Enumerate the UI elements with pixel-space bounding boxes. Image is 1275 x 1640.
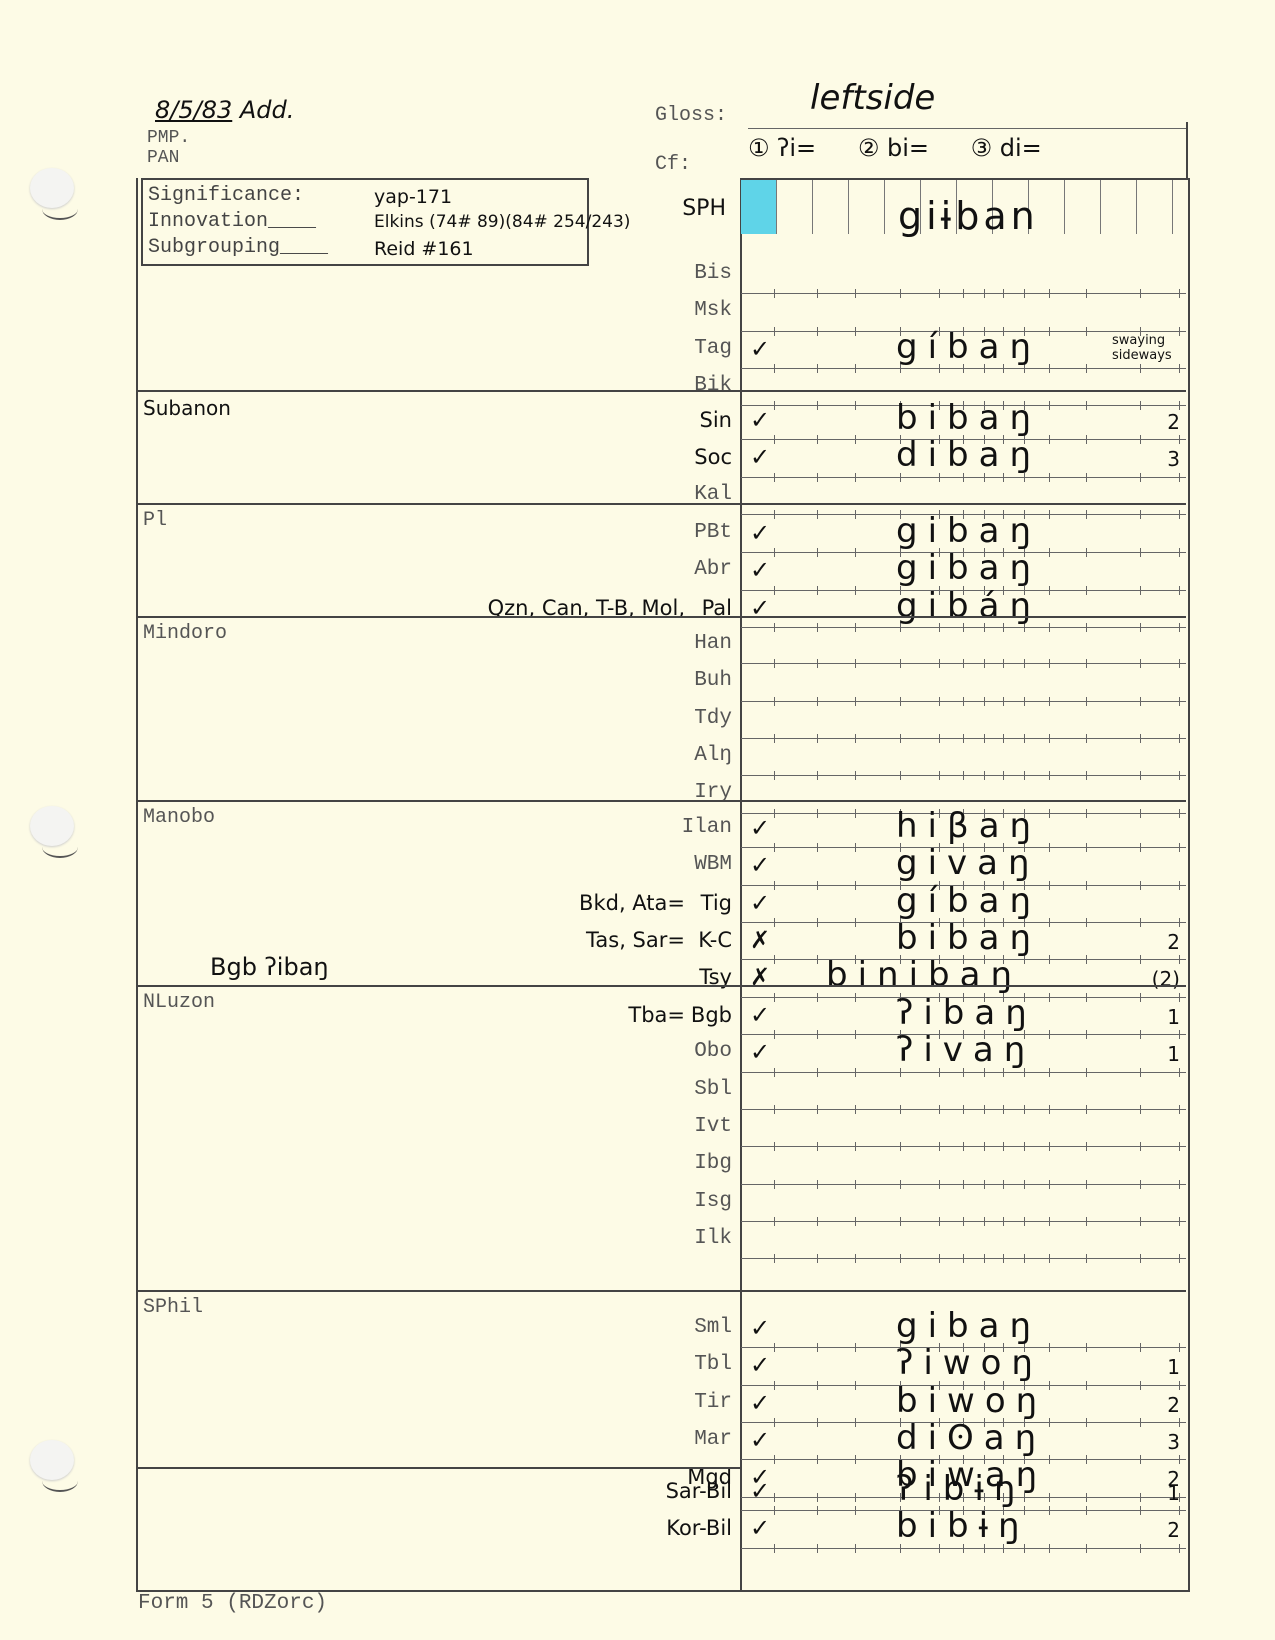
language-prefix: Tas, Sar= (586, 928, 685, 952)
grid-tick (817, 771, 818, 780)
grid-tick (774, 918, 775, 927)
grid-tick (1049, 809, 1050, 818)
group-divider (136, 800, 1186, 802)
language-code: Isg (612, 1190, 732, 1213)
gloss-value: leftside (810, 78, 935, 118)
group-divider (136, 503, 1186, 505)
grid-tick (1024, 289, 1025, 298)
grid-tick (1179, 734, 1180, 743)
sph-cell (1101, 180, 1137, 234)
grid-tick (1086, 771, 1087, 780)
grid-tick (855, 1544, 856, 1553)
grid-tick (1049, 881, 1050, 890)
grid-tick (1140, 1142, 1141, 1151)
grid-tick (1179, 993, 1180, 1002)
grid-tick (1086, 809, 1087, 818)
grid-tick (774, 510, 775, 519)
group-label: NLuzon (143, 991, 215, 1014)
grid-tick (1179, 1544, 1180, 1553)
grid-tick (1086, 435, 1087, 444)
grid-tick (1086, 401, 1087, 410)
grid-tick (774, 1544, 775, 1553)
language-code: Bik (612, 374, 732, 397)
grid-tick (855, 1343, 856, 1352)
grid-tick (1140, 289, 1141, 298)
grid-tick (900, 1217, 901, 1226)
grid-tick (1179, 1381, 1180, 1390)
grid-tick (1024, 659, 1025, 668)
grid-tick (984, 734, 985, 743)
sph-cell (813, 180, 849, 234)
grid-tick (1086, 364, 1087, 373)
reflex-form: gíbaŋ (896, 327, 1041, 367)
grid-tick (817, 1105, 818, 1114)
group-label: Manobo (143, 806, 215, 829)
grid-tick (1049, 1455, 1050, 1464)
grid-tick (855, 1493, 856, 1502)
grid-tick (984, 697, 985, 706)
grid-tick (774, 586, 775, 595)
cf-reference-number: 1 (1140, 1042, 1180, 1066)
grid-tick (1003, 1254, 1004, 1263)
grid-tick (855, 697, 856, 706)
language-code: Sin (612, 408, 732, 432)
form-footer: Form 5 (RDZorc) (138, 1592, 327, 1615)
grid-tick (774, 659, 775, 668)
grid-tick (1086, 1105, 1087, 1114)
grid-tick (1049, 289, 1050, 298)
grid-tick (817, 1343, 818, 1352)
grid-tick (1086, 881, 1087, 890)
reflex-form: dibaŋ (896, 435, 1041, 475)
check-mark-icon: ✓ (750, 1389, 770, 1417)
language-code: Soc (612, 445, 732, 469)
grid-tick (774, 1142, 775, 1151)
grid-tick (1086, 918, 1087, 927)
grid-tick (817, 586, 818, 595)
reflex-form: ʔiwoŋ (896, 1343, 1043, 1383)
grid-tick (1140, 1381, 1141, 1390)
language-code: Sbl (612, 1078, 732, 1101)
grid-tick (1140, 1343, 1141, 1352)
cf-note-3: ③ di= (971, 134, 1042, 162)
grid-tick (855, 473, 856, 482)
grid-tick (855, 659, 856, 668)
grid-tick (1179, 843, 1180, 852)
grid-tick (1179, 881, 1180, 890)
grid-tick (774, 881, 775, 890)
check-mark-icon: ✓ (750, 1314, 770, 1342)
reflex-form: ʔivaŋ (896, 1030, 1035, 1070)
check-mark-icon: ✓ (750, 814, 770, 842)
grid-tick (1179, 435, 1180, 444)
grid-tick (1179, 289, 1180, 298)
grid-tick (1140, 809, 1141, 818)
grid-tick (817, 1418, 818, 1427)
check-mark-icon: ✓ (750, 556, 770, 584)
row-line (741, 775, 1186, 776)
grid-tick (817, 734, 818, 743)
innovation-label: Innovation____ (148, 210, 316, 233)
grid-tick (855, 1254, 856, 1263)
grid-tick (855, 1217, 856, 1226)
grid-tick (855, 1455, 856, 1464)
grid-tick (1140, 1254, 1141, 1263)
grid-tick (774, 697, 775, 706)
grid-tick (1086, 734, 1087, 743)
grid-tick (855, 771, 856, 780)
grid-tick (1086, 327, 1087, 336)
grid-tick (963, 659, 964, 668)
grid-tick (855, 623, 856, 632)
grid-tick (984, 1105, 985, 1114)
row-line (741, 738, 1186, 739)
grid-tick (1049, 401, 1050, 410)
grid-tick (774, 734, 775, 743)
grid-tick (1140, 697, 1141, 706)
grid-tick (774, 1068, 775, 1077)
grid-tick (1049, 1030, 1050, 1039)
row-line (741, 1109, 1186, 1110)
check-mark-icon: ✓ (750, 1426, 770, 1454)
grid-tick (817, 623, 818, 632)
grid-tick (1003, 771, 1004, 780)
grid-tick (1024, 1142, 1025, 1151)
significance-value: yap-171 (374, 186, 452, 208)
check-mark-icon: ✓ (750, 406, 770, 434)
grid-tick (1086, 843, 1087, 852)
language-code: PBt (612, 521, 732, 544)
grid-tick (817, 1254, 818, 1263)
grid-tick (1003, 1180, 1004, 1189)
group-label: SPhil (143, 1296, 203, 1319)
grid-tick (1049, 1544, 1050, 1553)
grid-tick (1140, 435, 1141, 444)
grid-tick (774, 771, 775, 780)
grid-tick (774, 327, 775, 336)
grid-tick (774, 401, 775, 410)
language-code: Ilan (612, 816, 732, 839)
row-line (741, 1146, 1186, 1147)
grid-tick (900, 1254, 901, 1263)
pmp-label: PMP. (147, 128, 190, 148)
grid-tick (1140, 993, 1141, 1002)
grid-tick (963, 1217, 964, 1226)
grid-tick (1179, 623, 1180, 632)
grid-tick (1086, 1343, 1087, 1352)
grid-tick (817, 1493, 818, 1502)
grid-tick (1049, 697, 1050, 706)
grid-tick (1049, 473, 1050, 482)
grid-tick (1179, 1217, 1180, 1226)
language-prefix: Bkd, Ata= (579, 891, 685, 915)
grid-tick (1179, 1254, 1180, 1263)
grid-tick (774, 1381, 775, 1390)
row-line (741, 627, 1186, 628)
grid-tick (1086, 697, 1087, 706)
grid-tick (1086, 510, 1087, 519)
grid-tick (984, 289, 985, 298)
check-mark-icon: ✓ (750, 443, 770, 471)
grid-tick (1024, 771, 1025, 780)
grid-tick (1179, 918, 1180, 927)
grid-tick (855, 1030, 856, 1039)
grid-tick (1049, 327, 1050, 336)
grid-tick (817, 1142, 818, 1151)
sph-form: giɨban (898, 194, 1039, 238)
language-code: Tir (612, 1391, 732, 1414)
date-stamp: 8/5/83 Add. (155, 96, 294, 124)
cross-mark-icon: ✗ (750, 926, 770, 954)
grid-tick (1049, 734, 1050, 743)
grid-tick (1003, 659, 1004, 668)
grid-tick (1179, 548, 1180, 557)
grid-tick (855, 734, 856, 743)
grid-tick (1049, 955, 1050, 964)
grid-tick (1049, 1217, 1050, 1226)
grid-tick (774, 1343, 775, 1352)
language-code: Buh (612, 669, 732, 692)
check-mark-icon: ✓ (750, 851, 770, 879)
reflex-form: ʔibaŋ (896, 993, 1037, 1033)
grid-tick (1003, 1217, 1004, 1226)
grid-tick (1086, 1142, 1087, 1151)
grid-tick (855, 918, 856, 927)
grid-tick (900, 659, 901, 668)
grid-tick (1179, 1105, 1180, 1114)
reflex-form: diʘaŋ (896, 1418, 1046, 1458)
reflex-form: bibaŋ (896, 398, 1041, 438)
grid-tick (855, 586, 856, 595)
grid-tick (774, 473, 775, 482)
grid-tick (1179, 1142, 1180, 1151)
grid-tick (855, 548, 856, 557)
grid-tick (1049, 548, 1050, 557)
grid-tick (855, 327, 856, 336)
grid-tick (1140, 843, 1141, 852)
grid-tick (1024, 1105, 1025, 1114)
cf-label: Cf: (655, 153, 691, 176)
sph-cell (849, 180, 885, 234)
grid-tick (1140, 734, 1141, 743)
grid-tick (1140, 1506, 1141, 1515)
grid-tick (984, 771, 985, 780)
sph-label: SPH (606, 196, 726, 221)
language-code: Ibg (612, 1152, 732, 1175)
grid-tick (900, 1142, 901, 1151)
row-line (741, 1548, 1186, 1549)
grid-tick (1140, 548, 1141, 557)
grid-tick (963, 1142, 964, 1151)
grid-tick (1179, 473, 1180, 482)
grid-tick (774, 1418, 775, 1427)
grid-tick (1049, 1343, 1050, 1352)
grid-tick (774, 1030, 775, 1039)
cf-reference-number: 1 (1140, 1005, 1180, 1029)
group-divider (136, 1290, 1186, 1292)
grid-tick (984, 659, 985, 668)
grid-tick (963, 734, 964, 743)
grid-tick (1049, 623, 1050, 632)
grid-tick (1049, 1381, 1050, 1390)
grid-tick (1179, 659, 1180, 668)
grid-tick (1140, 1217, 1141, 1226)
reflex-form: biwoŋ (896, 1381, 1047, 1421)
grid-tick (1140, 1180, 1141, 1189)
language-code: Bis (612, 262, 732, 285)
grid-tick (963, 1180, 964, 1189)
grid-tick (1086, 659, 1087, 668)
check-mark-icon: ✓ (750, 335, 770, 363)
grid-tick (855, 1506, 856, 1515)
grid-tick (1049, 771, 1050, 780)
grid-tick (817, 955, 818, 964)
grid-tick (1003, 734, 1004, 743)
grid-tick (1140, 1544, 1141, 1553)
grid-tick (817, 510, 818, 519)
language-code: WBM (612, 853, 732, 876)
reflex-form: binibaŋ (826, 955, 1022, 995)
grid-tick (1049, 1142, 1050, 1151)
grid-tick (817, 697, 818, 706)
grid-tick (817, 1068, 818, 1077)
grid-tick (774, 623, 775, 632)
punch-hole-shadow (42, 836, 78, 858)
check-mark-icon: ✓ (750, 1001, 770, 1029)
grid-tick (1140, 1455, 1141, 1464)
grid-tick (817, 473, 818, 482)
grid-tick (817, 1180, 818, 1189)
row-line (741, 701, 1186, 702)
grid-tick (1140, 364, 1141, 373)
grid-tick (984, 1180, 985, 1189)
subgrouping-value: Reid #161 (374, 238, 474, 260)
language-code: Alŋ (612, 744, 732, 767)
grid-tick (817, 881, 818, 890)
grid-tick (1024, 734, 1025, 743)
grid-tick (774, 1493, 775, 1502)
grid-tick (1140, 623, 1141, 632)
grid-tick (939, 1254, 940, 1263)
grid-tick (1024, 1180, 1025, 1189)
grid-tick (1003, 697, 1004, 706)
grid-tick (855, 1068, 856, 1077)
grid-tick (817, 435, 818, 444)
group-label: Pl (143, 509, 167, 532)
sph-cell-highlighted (741, 180, 777, 234)
grid-tick (900, 1105, 901, 1114)
cf-reference-number: 1 (1140, 1355, 1180, 1379)
sph-cell (1065, 180, 1101, 234)
grid-tick (1086, 1254, 1087, 1263)
cf-reference-number: 2 (1140, 410, 1180, 434)
grid-tick (1086, 1506, 1087, 1515)
row-line (741, 1072, 1186, 1073)
sph-cell (777, 180, 813, 234)
group-label: Subanon (143, 396, 231, 420)
grid-tick (1049, 843, 1050, 852)
grid-tick (1140, 659, 1141, 668)
grid-tick (855, 435, 856, 444)
grid-tick (817, 1544, 818, 1553)
significance-label: Significance: (148, 184, 304, 207)
cf-reference-number: 2 (1140, 1393, 1180, 1417)
grid-tick (817, 659, 818, 668)
group-divider (136, 616, 1186, 618)
grid-tick (774, 435, 775, 444)
grid-tick (1003, 1105, 1004, 1114)
reflex-form: gibaŋ (896, 548, 1041, 588)
innovation-value: Elkins (74# 89)(84# 254/243) (374, 212, 630, 232)
language-code: Obo (612, 1040, 732, 1063)
grid-tick (817, 843, 818, 852)
grid-tick (1086, 993, 1087, 1002)
grid-tick (1179, 955, 1180, 964)
grid-tick (1024, 1254, 1025, 1263)
grid-tick (1140, 1105, 1141, 1114)
check-mark-icon: ✓ (750, 1514, 770, 1542)
grid-tick (939, 1105, 940, 1114)
grid-tick (817, 548, 818, 557)
grid-tick (774, 364, 775, 373)
row-line (741, 477, 1186, 478)
date-note: Add. (240, 96, 295, 124)
grid-tick (817, 1217, 818, 1226)
cf-reference-number: 2 (1140, 1518, 1180, 1542)
reflex-form: bibaŋ (896, 918, 1041, 958)
grid-tick (855, 843, 856, 852)
row-line (741, 663, 1186, 664)
grid-tick (939, 1142, 940, 1151)
grid-tick (774, 1105, 775, 1114)
grid-tick (1049, 1418, 1050, 1427)
language-code: Han (612, 632, 732, 655)
group-divider (136, 390, 1186, 392)
group-divider (136, 1467, 740, 1469)
grid-tick (774, 1217, 775, 1226)
grid-tick (1024, 1217, 1025, 1226)
language-code: Msk (612, 299, 732, 322)
check-mark-icon: ✓ (750, 1038, 770, 1066)
grid-tick (963, 697, 964, 706)
grid-tick (774, 1506, 775, 1515)
grid-tick (817, 1506, 818, 1515)
grid-tick (1179, 364, 1180, 373)
grid-tick (900, 734, 901, 743)
grid-tick (855, 809, 856, 818)
grid-tick (1049, 1493, 1050, 1502)
grid-tick (855, 1142, 856, 1151)
grid-tick (1086, 1068, 1087, 1077)
grid-tick (1049, 1105, 1050, 1114)
grid-tick (855, 364, 856, 373)
grid-tick (900, 771, 901, 780)
grid-tick (774, 548, 775, 557)
language-code: Tag (612, 337, 732, 360)
gloss-label: Gloss: (655, 104, 727, 127)
language-code: Sml (612, 1316, 732, 1339)
reflex-form: gibáŋ (896, 586, 1041, 626)
grid-tick (774, 1180, 775, 1189)
check-mark-icon: ✓ (750, 519, 770, 547)
grid-tick (1086, 1381, 1087, 1390)
grid-tick (1179, 1418, 1180, 1427)
subgrouping-label: Subgrouping____ (148, 236, 328, 259)
group-note: Bgb ʔibaŋ (210, 953, 329, 981)
grid-tick (774, 1455, 775, 1464)
grid-tick (774, 955, 775, 964)
grid-tick (1086, 548, 1087, 557)
